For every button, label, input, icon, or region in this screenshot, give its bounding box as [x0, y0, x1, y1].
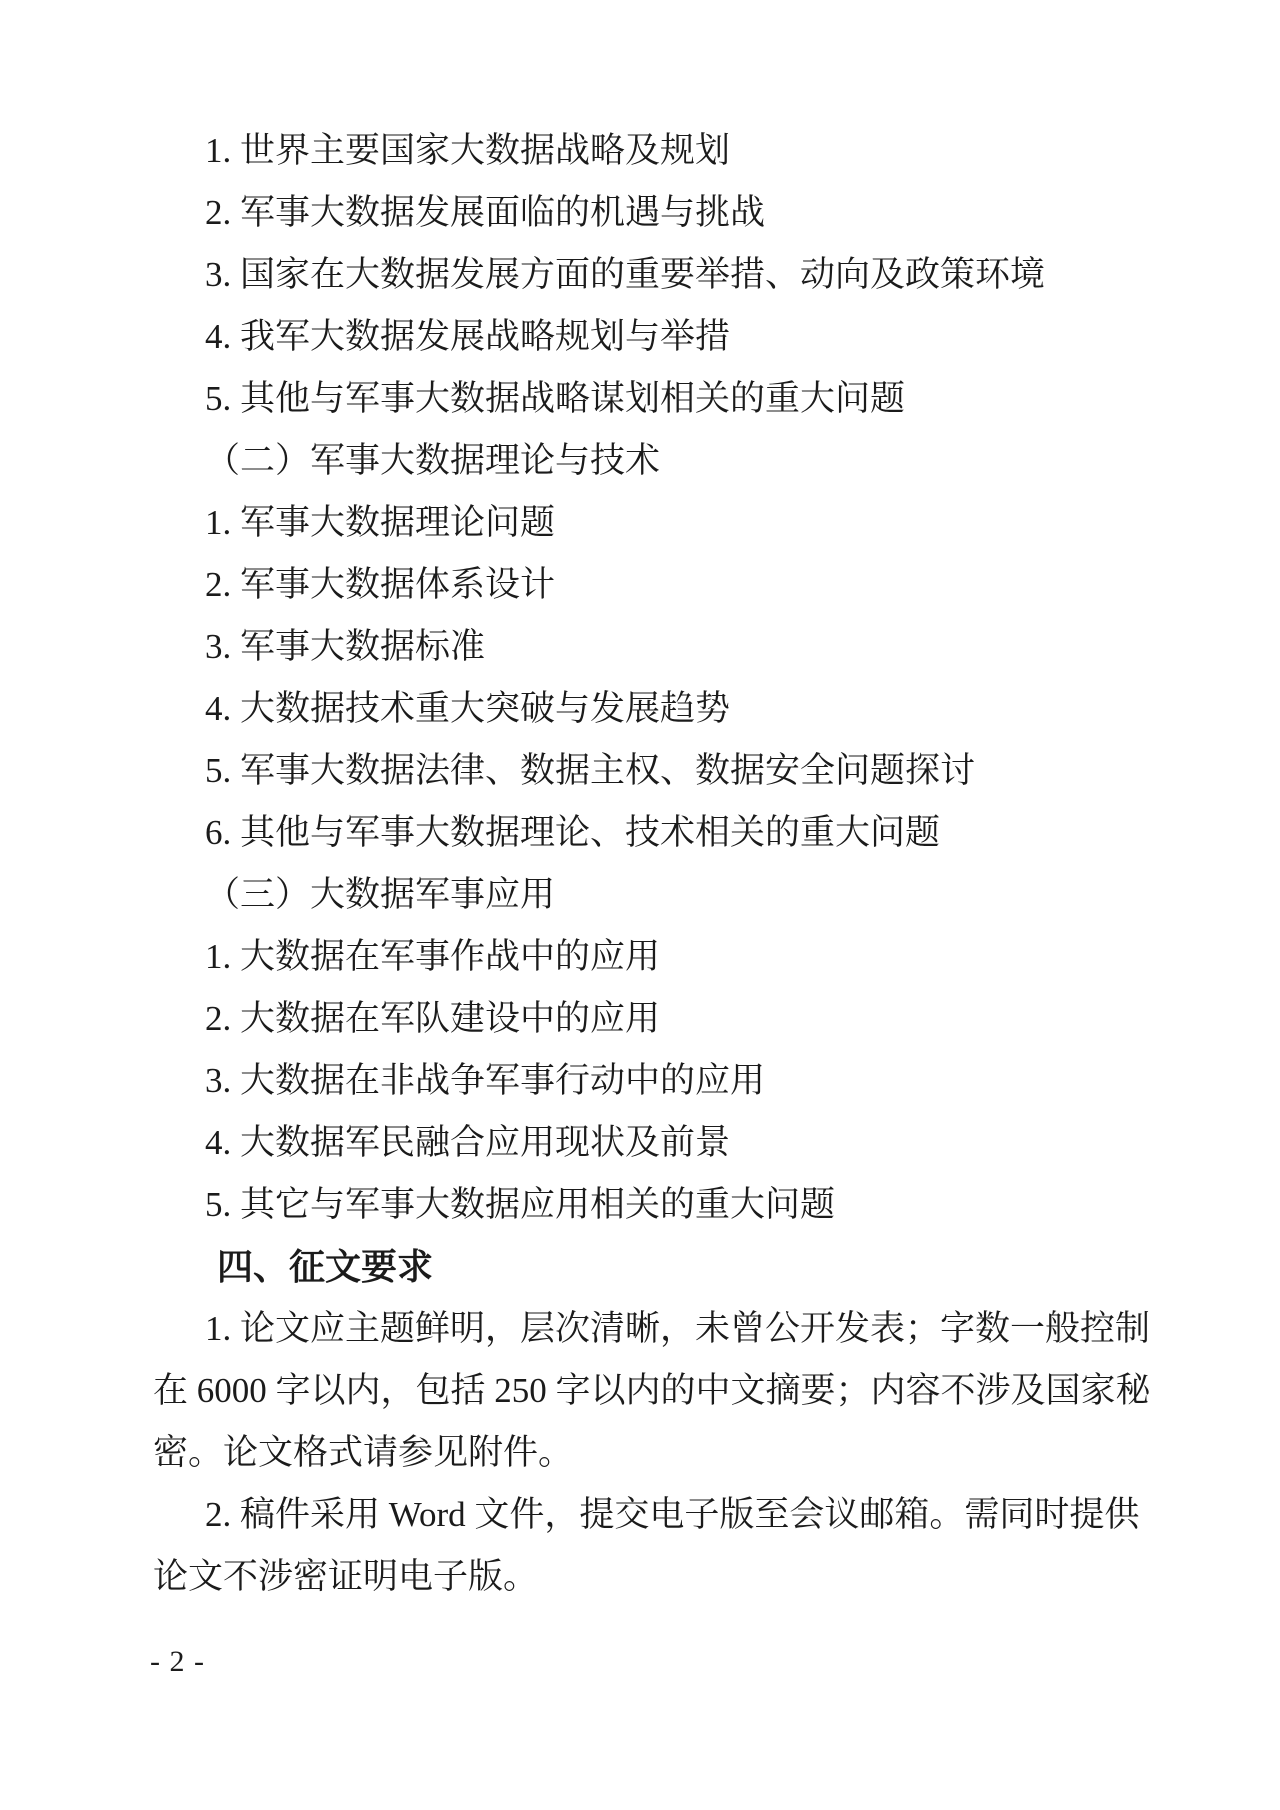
list-item: 5. 其它与军事大数据应用相关的重大问题 [153, 1174, 1135, 1236]
subsection-title-application: （三）大数据军事应用 [153, 864, 1135, 926]
list-item: 2. 军事大数据体系设计 [153, 554, 1135, 616]
list-item: 5. 军事大数据法律、数据主权、数据安全问题探讨 [153, 740, 1135, 802]
paragraph-requirement-2: 2. 稿件采用 Word 文件，提交电子版至会议邮箱。需同时提供 论文不涉密证明… [153, 1484, 1135, 1608]
list-item: 3. 大数据在非战争军事行动中的应用 [153, 1050, 1135, 1112]
list-item: 1. 世界主要国家大数据战略及规划 [153, 120, 1135, 182]
list-item: 3. 国家在大数据发展方面的重要举措、动向及政策环境 [153, 244, 1135, 306]
document-content: 1. 世界主要国家大数据战略及规划 2. 军事大数据发展面临的机遇与挑战 3. … [153, 120, 1135, 1608]
list-item: 1. 军事大数据理论问题 [153, 492, 1135, 554]
paragraph-requirement-1: 1. 论文应主题鲜明，层次清晰，未曾公开发表；字数一般控制 在 6000 字以内… [153, 1298, 1135, 1484]
list-item: 3. 军事大数据标准 [153, 616, 1135, 678]
paragraph-line: 密。论文格式请参见附件。 [153, 1422, 1135, 1484]
paragraph-line: 论文不涉密证明电子版。 [153, 1546, 1135, 1608]
list-item: 6. 其他与军事大数据理论、技术相关的重大问题 [153, 802, 1135, 864]
list-item: 2. 大数据在军队建设中的应用 [153, 988, 1135, 1050]
list-item: 4. 大数据军民融合应用现状及前景 [153, 1112, 1135, 1174]
list-item: 1. 大数据在军事作战中的应用 [153, 926, 1135, 988]
list-item: 5. 其他与军事大数据战略谋划相关的重大问题 [153, 368, 1135, 430]
list-item: 2. 军事大数据发展面临的机遇与挑战 [153, 182, 1135, 244]
page-number: - 2 - [150, 1642, 205, 1682]
paragraph-line: 1. 论文应主题鲜明，层次清晰，未曾公开发表；字数一般控制 [153, 1298, 1135, 1360]
paragraph-line: 在 6000 字以内，包括 250 字以内的中文摘要；内容不涉及国家秘 [153, 1360, 1135, 1422]
document-page: 1. 世界主要国家大数据战略及规划 2. 军事大数据发展面临的机遇与挑战 3. … [0, 0, 1280, 1810]
list-item: 4. 我军大数据发展战略规划与举措 [153, 306, 1135, 368]
paragraph-line: 2. 稿件采用 Word 文件，提交电子版至会议邮箱。需同时提供 [153, 1484, 1135, 1546]
list-item: 4. 大数据技术重大突破与发展趋势 [153, 678, 1135, 740]
subsection-title-theory: （二）军事大数据理论与技术 [153, 430, 1135, 492]
section-heading-requirements: 四、征文要求 [153, 1236, 1135, 1298]
